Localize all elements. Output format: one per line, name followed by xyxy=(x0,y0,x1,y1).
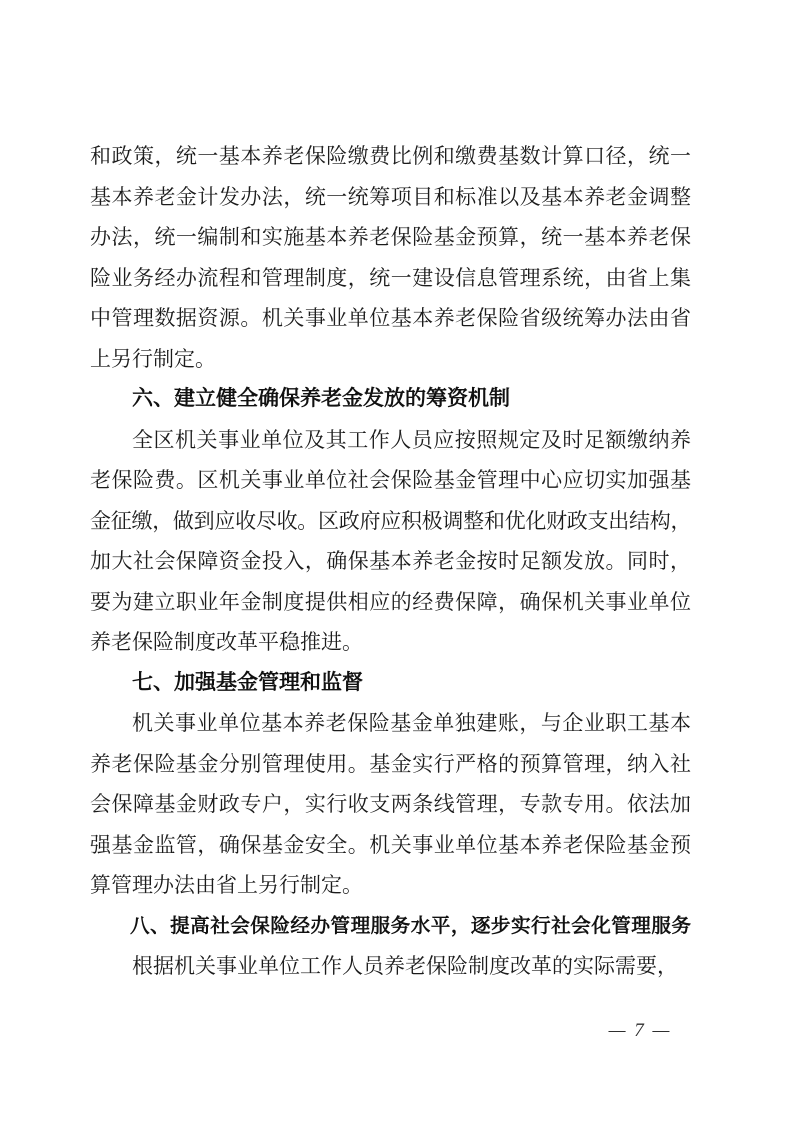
paragraph-line: 算管理办法由省上另行制定。 xyxy=(90,865,691,906)
paragraph-line: 办法，统一编制和实施基本养老保险基金预算，统一基本养老保 xyxy=(90,217,691,258)
paragraph-line: 强基金监管，确保基金安全。机关事业单位基本养老保险基金预 xyxy=(90,825,691,866)
paragraph-line: 机关事业单位基本养老保险基金单独建账，与企业职工基本 xyxy=(90,703,691,744)
paragraph-line: 老保险费。区机关事业单位社会保险基金管理中心应切实加强基 xyxy=(90,460,691,501)
paragraph-line: 加大社会保障资金投入，确保基本养老金按时足额发放。同时， xyxy=(90,541,691,582)
paragraph-line: 全区机关事业单位及其工作人员应按照规定及时足额缴纳养 xyxy=(90,420,691,461)
paragraph-line: 会保障基金财政专户，实行收支两条线管理，专款专用。依法加 xyxy=(90,784,691,825)
paragraph-line: 养老保险制度改革平稳推进。 xyxy=(90,622,691,663)
paragraph-line: 金征缴，做到应收尽收。区政府应积极调整和优化财政支出结构， xyxy=(90,501,691,542)
paragraph-line: 基本养老金计发办法，统一统筹项目和标准以及基本养老金调整 xyxy=(90,177,691,218)
paragraph-line: 险业务经办流程和管理制度，统一建设信息管理系统，由省上集 xyxy=(90,258,691,299)
document-body: 和政策，统一基本养老保险缴费比例和缴费基数计算口径，统一 基本养老金计发办法，统… xyxy=(90,136,691,987)
section-8-heading: 八、提高社会保险经办管理服务水平，逐步实行社会化管理服务 xyxy=(90,906,691,947)
paragraph-line: 中管理数据资源。机关事业单位基本养老保险省级统筹办法由省 xyxy=(90,298,691,339)
paragraph-line: 根据机关事业单位工作人员养老保险制度改革的实际需要， xyxy=(90,946,691,987)
document-page: 和政策，统一基本养老保险缴费比例和缴费基数计算口径，统一 基本养老金计发办法，统… xyxy=(0,0,793,1122)
page-number: — 7 — xyxy=(598,1018,682,1044)
section-7-heading: 七、加强基金管理和监督 xyxy=(90,663,691,704)
section-6-heading: 六、建立健全确保养老金发放的筹资机制 xyxy=(90,379,691,420)
paragraph-line: 和政策，统一基本养老保险缴费比例和缴费基数计算口径，统一 xyxy=(90,136,691,177)
paragraph-line: 养老保险基金分别管理使用。基金实行严格的预算管理，纳入社 xyxy=(90,744,691,785)
paragraph-line: 上另行制定。 xyxy=(90,339,691,380)
paragraph-line: 要为建立职业年金制度提供相应的经费保障，确保机关事业单位 xyxy=(90,582,691,623)
